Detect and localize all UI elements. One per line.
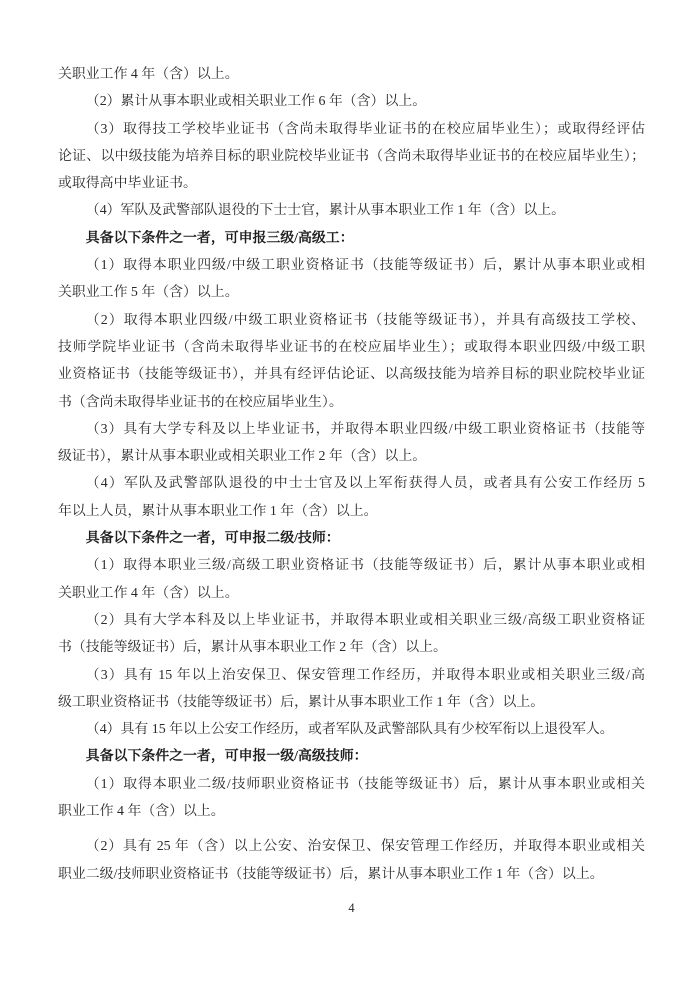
text-line: （4）具有 15 年以上公安工作经历，或者军队及武警部队具有少校军衔以上退役军人…	[58, 716, 645, 743]
text-line: （4）军队及武警部队退役的中士士官及以上军衔获得人员，或者具有公安工作经历 5	[58, 470, 645, 497]
text-line: 关职业工作 4 年（含）以上。	[58, 61, 645, 88]
text-line: 关职业工作 5 年（含）以上。	[58, 279, 645, 306]
text-line: 业资格证书（技能等级证书），并具有经评估论证、以高级技能为培养目标的职业院校毕业…	[58, 361, 645, 388]
text-line: 论证、以中级技能为培养目标的职业院校毕业证书（含尚未取得毕业证书的在校应届毕业生…	[58, 143, 645, 170]
section-heading: 具备以下条件之一者，可申报一级/高级技师：	[58, 743, 645, 770]
text-line: （4）军队及武警部队退役的下士士官，累计从事本职业工作 1 年（含）以上。	[58, 197, 645, 224]
text-line: （2）具有大学本科及以上毕业证书，并取得本职业或相关职业三级/高级工职业资格证	[58, 607, 645, 634]
text-line: 关职业工作 4 年（含）以上。	[58, 580, 645, 607]
text-line: 技师学院毕业证书（含尚未取得毕业证书的在校应届毕业生）；或取得本职业四级/中级工…	[58, 334, 645, 361]
document-page: 关职业工作 4 年（含）以上。（2）累计从事本职业或相关职业工作 6 年（含）以…	[0, 0, 700, 989]
text-line: （3）具有大学专科及以上毕业证书，并取得本职业四级/中级工职业资格证书（技能等	[58, 416, 645, 443]
section-heading: 具备以下条件之一者，可申报二级/技师：	[58, 525, 645, 552]
text-line: （2）取得本职业四级/中级工职业资格证书（技能等级证书），并具有高级技工学校、	[58, 307, 645, 334]
text-line: 或取得高中毕业证书。	[58, 170, 645, 197]
document-body: 关职业工作 4 年（含）以上。（2）累计从事本职业或相关职业工作 6 年（含）以…	[58, 61, 645, 888]
text-line: 职业工作 4 年（含）以上。	[58, 798, 645, 825]
text-line: （1）取得本职业四级/中级工职业资格证书（技能等级证书）后，累计从事本职业或相	[58, 252, 645, 279]
text-line: 级证书），累计从事本职业或相关职业工作 2 年（含）以上。	[58, 443, 645, 470]
text-line: （3）取得技工学校毕业证书（含尚未取得毕业证书的在校应届毕业生）；或取得经评估	[58, 116, 645, 143]
text-line: （1）取得本职业二级/技师职业资格证书（技能等级证书）后，累计从事本职业或相关	[58, 771, 645, 798]
text-line: 级工职业资格证书（技能等级证书）后，累计从事本职业工作 1 年（含）以上。	[58, 689, 645, 716]
text-line: （2）累计从事本职业或相关职业工作 6 年（含）以上。	[58, 88, 645, 115]
text-line: 书（含尚未取得毕业证书的在校应届毕业生）。	[58, 389, 645, 416]
text-line: （2）具有 25 年（含）以上公安、治安保卫、保安管理工作经历，并取得本职业或相…	[58, 833, 645, 860]
page-number: 4	[58, 896, 645, 920]
section-heading: 具备以下条件之一者，可申报三级/高级工：	[58, 225, 645, 252]
text-line: （3）具有 15 年以上治安保卫、保安管理工作经历，并取得本职业或相关职业三级/…	[58, 662, 645, 689]
text-line: （1）取得本职业三级/高级工职业资格证书（技能等级证书）后，累计从事本职业或相	[58, 552, 645, 579]
text-line: 职业二级/技师职业资格证书（技能等级证书）后，累计从事本职业工作 1 年（含）以…	[58, 861, 645, 888]
text-line: 年以上人员，累计从事本职业工作 1 年（含）以上。	[58, 498, 645, 525]
text-line: 书（技能等级证书）后，累计从事本职业工作 2 年（含）以上。	[58, 634, 645, 661]
